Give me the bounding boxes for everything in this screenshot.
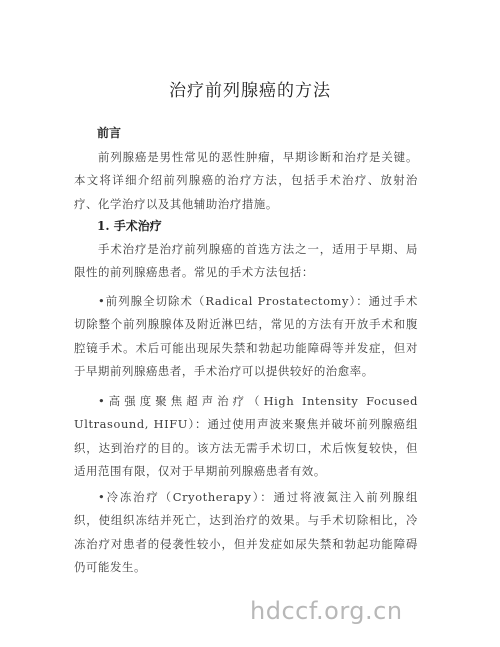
section-heading-surgery: 1. 手术治疗: [97, 217, 162, 234]
section-heading-preface: 前言: [97, 124, 121, 141]
watermark: hdccf.org.cn: [250, 597, 403, 625]
paragraph-surgery-intro: 手术治疗是治疗前列腺癌的首选方法之一，适用于早期、局限性的前列腺癌患者。常见的手…: [74, 238, 418, 285]
document-title: 治疗前列腺癌的方法: [0, 76, 500, 101]
paragraph-cryotherapy: •冷冻治疗（Cryotherapy）：通过将液氮注入前列腺组织，使组织冻结并死亡…: [74, 486, 418, 579]
document-page: 治疗前列腺癌的方法 前言 前列腺癌是男性常见的恶性肿瘤，早期诊断和治疗是关键。本…: [0, 0, 500, 647]
paragraph-radical-prostatectomy: •前列腺全切除术（Radical Prostatectomy）：通过手术切除整个…: [74, 290, 418, 383]
paragraph-preface: 前列腺癌是男性常见的恶性肿瘤，早期诊断和治疗是关键。本文将详细介绍前列腺癌的治疗…: [74, 146, 418, 216]
paragraph-hifu: •高强度聚焦超声治疗（High Intensity Focused Ultras…: [74, 390, 418, 483]
